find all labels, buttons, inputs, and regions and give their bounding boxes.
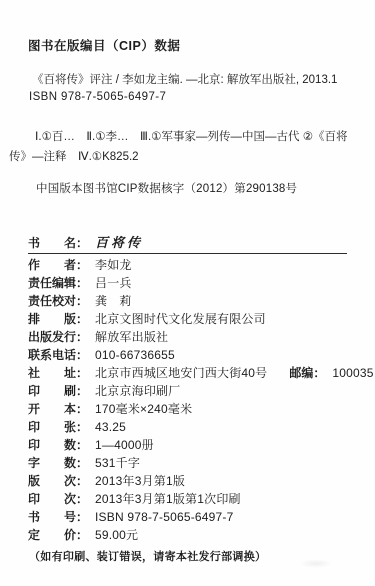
colophon-row: 开本：170毫米×240毫米 [28,400,347,418]
label-colon: ： [76,258,88,272]
label-colon: ： [76,474,88,488]
row-label: 印刷 [28,382,76,400]
colophon-row: 排版：北京文图时代文化发展有限公司 [28,310,347,328]
row-value: ISBN 978-7-5065-6497-7 [95,510,234,524]
row-label: 开本 [28,400,76,418]
row-value: 010-66736655 [95,348,175,362]
colophon-row: 印张：43.25 [28,418,347,436]
divider-line [28,253,347,254]
cip-record-number: 中国版本图书馆CIP数据核字（2012）第290138号 [36,180,297,196]
row-value: 531千字 [95,456,140,470]
row-label: 责任校对 [28,292,76,310]
row-secondary-label: 邮编 [289,364,313,382]
colophon-row: 印次：2013年3月第1版第1次印刷 [28,490,347,508]
label-colon: ： [76,366,88,380]
row-label: 出版发行 [28,328,76,346]
label-colon: ： [76,236,88,250]
colophon-row: 社址：北京市西城区地安门西大街40号邮编：100035 [28,364,347,382]
row-value: 北京文图时代文化发展有限公司 [95,312,266,326]
colophon-row: 定价：59.00元 [28,526,347,544]
row-label: 社址 [28,364,76,382]
book-name-label: 书名 [28,234,76,252]
label-colon: ： [76,294,88,308]
label-colon: ： [76,402,88,416]
label-colon: ： [76,528,88,542]
row-label: 定价 [28,526,76,544]
label-colon: ： [76,348,88,362]
colophon-row: 出版发行：解放军出版社 [28,328,347,346]
row-label: 书号 [28,508,76,526]
row-value: 解放军出版社 [95,330,168,344]
secondary-label-colon: ： [313,366,325,380]
colophon-row: 责任编辑：吕一兵 [28,274,347,292]
row-value: 1—4000册 [95,438,154,452]
label-colon: ： [76,492,88,506]
label-colon: ： [76,384,88,398]
isbn-line: ISBN 978-7-5065-6497-7 [29,91,166,103]
row-label: 版次 [28,472,76,490]
row-label: 印数 [28,436,76,454]
row-value: 北京市西城区地安门西大街40号 [95,366,267,380]
colophon-row: 书号：ISBN 978-7-5065-6497-7 [28,508,347,526]
row-value: 2013年3月第1版第1次印刷 [95,492,241,506]
row-label: 字数 [28,454,76,472]
colophon-row: 版次：2013年3月第1版 [28,472,347,490]
label-colon: ： [76,330,88,344]
label-colon: ： [76,276,88,290]
row-value: 59.00元 [95,528,138,542]
cip-classification-line-2: 传》—注释 Ⅳ.①K825.2 [9,148,139,164]
colophon-row: 作者：李如龙 [28,256,347,274]
row-value: 吕一兵 [95,276,132,290]
row-label: 作者 [28,256,76,274]
book-name-value: 百将传 [95,235,143,250]
row-secondary-value: 100035 [332,366,373,380]
label-colon: ： [76,438,88,452]
label-colon: ： [76,312,88,326]
row-value: 43.25 [95,420,126,434]
row-label: 印次 [28,490,76,508]
book-name-row: 书名：百将传 [28,234,347,252]
row-label: 联系电话 [28,346,76,364]
row-value: 2013年3月第1版 [95,474,185,488]
cip-entry-line: 《百将传》评注 / 李如龙主编. —北京: 解放军出版社, 2013.1 [32,71,337,87]
colophon-row: 印刷：北京京海印刷厂 [28,382,347,400]
row-label: 责任编辑 [28,274,76,292]
colophon-row: 字数：531千字 [28,454,347,472]
copyright-page: 图书在版编目（CIP）数据 《百将传》评注 / 李如龙主编. —北京: 解放军出… [0,0,375,586]
colophon-rows: 作者：李如龙 责任编辑：吕一兵 责任校对：龚 莉 排版：北京文图时代文化发展有限… [28,256,347,544]
colophon-row: 印数：1—4000册 [28,436,347,454]
colophon-row: 联系电话：010-66736655 [28,346,347,364]
label-colon: ： [76,420,88,434]
row-value: 170毫米×240毫米 [95,402,192,416]
label-colon: ： [76,456,88,470]
row-label: 印张 [28,418,76,436]
cip-classification-line-1: Ⅰ.①百… Ⅱ.①李… Ⅲ.①军事家—列传—中国—古代 ②《百将 [35,128,348,144]
colophon-row: 责任校对：龚 莉 [28,292,347,310]
row-label: 排版 [28,310,76,328]
cip-heading: 图书在版编目（CIP）数据 [28,36,180,54]
label-colon: ： [76,510,88,524]
row-value: 北京京海印刷厂 [95,384,180,398]
colophon-table: 书名：百将传 作者：李如龙 责任编辑：吕一兵 责任校对：龚 莉 排版：北京文图时… [28,234,347,564]
row-value: 龚 莉 [95,294,132,308]
row-value: 李如龙 [95,258,132,272]
exchange-notice: （如有印刷、装订错误，请寄本社发行部调换） [29,548,347,564]
